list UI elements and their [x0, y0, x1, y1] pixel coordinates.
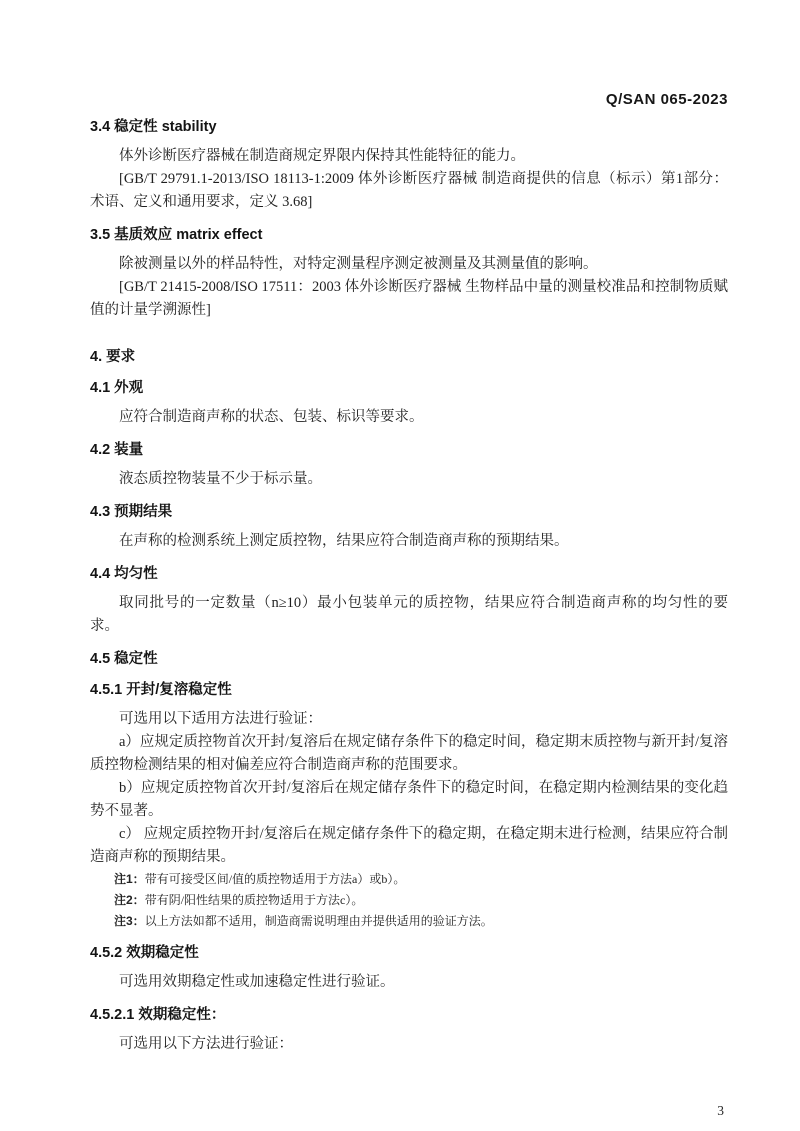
paragraph-expected-result: 在声称的检测系统上测定质控物，结果应符合制造商声称的预期结果。 [90, 530, 728, 553]
paragraph-reference-gbt29791: [GB/T 29791.1-2013/ISO 18113-1:2009 体外诊断… [90, 168, 728, 214]
section-heading-4-2: 4.2 装量 [90, 441, 728, 460]
section-heading-4-5: 4.5 稳定性 [90, 650, 728, 669]
paragraph-shelf-life-intro: 可选用效期稳定性或加速稳定性进行验证。 [90, 971, 728, 994]
section-heading-3-4: 3.4 稳定性 stability [90, 118, 728, 137]
section-heading-4-5-2-1: 4.5.2.1 效期稳定性： [90, 1006, 728, 1025]
note-1-text: 带有可接受区间/值的质控物适用于方法a）或b）。 [145, 872, 406, 886]
note-3-label: 注3： [114, 914, 145, 928]
section-heading-4-3: 4.3 预期结果 [90, 503, 728, 522]
paragraph-appearance: 应符合制造商声称的状态、包装、标识等要求。 [90, 406, 728, 429]
note-3-text: 以上方法如都不适用，制造商需说明理由并提供适用的验证方法。 [145, 914, 493, 928]
paragraph-method-c: c） 应规定质控物开封/复溶后在规定储存条件下的稳定期，在稳定期末进行检测，结果… [90, 823, 728, 869]
paragraph-definition-stability: 体外诊断医疗器械在制造商规定界限内保持其性能特征的能力。 [90, 145, 728, 168]
section-heading-3-5: 3.5 基质效应 matrix effect [90, 226, 728, 245]
note-2: 注2：带有阴/阳性结果的质控物适用于方法c）。 [90, 890, 728, 911]
note-1-label: 注1： [114, 872, 145, 886]
paragraph-shelf-life-methods: 可选用以下方法进行验证： [90, 1033, 728, 1056]
section-heading-4-1: 4.1 外观 [90, 379, 728, 398]
paragraph-method-intro: 可选用以下适用方法进行验证： [90, 708, 728, 731]
section-heading-4-4: 4.4 均匀性 [90, 565, 728, 584]
document-page: Q/SAN 065-2023 3.4 稳定性 stability 体外诊断医疗器… [0, 0, 800, 1131]
note-1: 注1：带有可接受区间/值的质控物适用于方法a）或b）。 [90, 869, 728, 890]
paragraph-homogeneity: 取同批号的一定数量（n≥10）最小包装单元的质控物，结果应符合制造商声称的均匀性… [90, 592, 728, 638]
paragraph-definition-matrix-effect: 除被测量以外的样品特性，对特定测量程序测定被测量及其测量值的影响。 [90, 253, 728, 276]
section-heading-4-5-1: 4.5.1 开封/复溶稳定性 [90, 681, 728, 700]
chapter-heading-4: 4. 要求 [90, 348, 728, 367]
paragraph-fill-volume: 液态质控物装量不少于标示量。 [90, 468, 728, 491]
paragraph-reference-gbt21415: [GB/T 21415-2008/ISO 17511：2003 体外诊断医疗器械… [90, 276, 728, 322]
note-2-label: 注2： [114, 893, 145, 907]
section-heading-4-5-2: 4.5.2 效期稳定性 [90, 944, 728, 963]
page-number: 3 [717, 1103, 724, 1119]
paragraph-method-b: b）应规定质控物首次开封/复溶后在规定储存条件下的稳定时间，在稳定期内检测结果的… [90, 777, 728, 823]
note-2-text: 带有阴/阳性结果的质控物适用于方法c）。 [145, 893, 364, 907]
doc-number: Q/SAN 065-2023 [90, 92, 728, 107]
note-3: 注3：以上方法如都不适用，制造商需说明理由并提供适用的验证方法。 [90, 911, 728, 932]
paragraph-method-a: a）应规定质控物首次开封/复溶后在规定储存条件下的稳定时间，稳定期末质控物与新开… [90, 731, 728, 777]
